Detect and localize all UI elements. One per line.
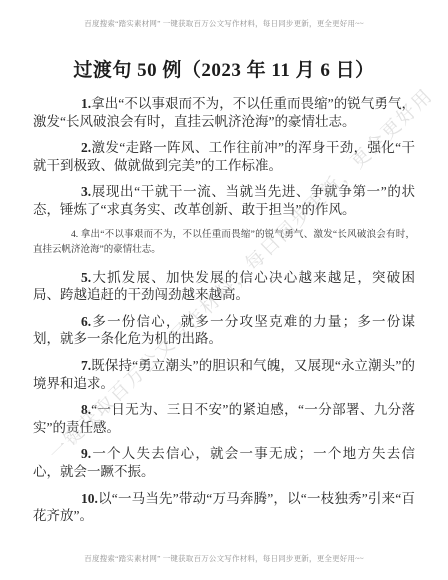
transition-item-8: 8.“一日无为、三日不安”的紧迫感，“一分部署、九分落实”的责任感。 <box>33 401 415 436</box>
item-text: “一日无为、三日不安”的紧迫感，“一分部署、九分落实”的责任感。 <box>33 402 415 435</box>
document-title: 过渡句 50 例（2023 年 11 月 6 日） <box>33 55 415 82</box>
transition-item-9: 9.一个人失去信心，就会一事无成；一个地方失去信心，就会一蹶不振。 <box>33 445 415 480</box>
item-text: 激发“走路一阵风、工作往前冲”的浑身干劲，强化“干就干到极致、做就做到完美”的工… <box>33 140 415 173</box>
item-number: 3. <box>81 184 91 199</box>
transition-item-4: 4. 拿出“不以事艰而不为，不以任重而畏缩”的锐气勇气、激发“长风破浪会有时，直… <box>33 228 415 259</box>
promo-header: 百度搜索“踏实素材网” 一键获取百万公文写作材料，每日同步更新，更全更好用~~ <box>33 18 415 29</box>
promo-footer: 百度搜索“踏实素材网” 一键获取百万公文写作材料，每日同步更新，更全更好用~~ <box>0 553 448 564</box>
transition-item-1: 1.拿出“不以事艰而不为，不以任重而畏缩”的锐气勇气，激发“长风破浪会有时，直挂… <box>33 95 415 130</box>
item-text: 多一份信心，就多一分攻坚克难的力量；多一份谋划，就多一条化危为机的出路。 <box>33 314 415 347</box>
item-text: 既保持“勇立潮头”的胆识和气魄，又展现“永立潮头”的境界和追求。 <box>33 358 415 391</box>
item-number: 8. <box>81 402 91 417</box>
transition-item-2: 2.激发“走路一阵风、工作往前冲”的浑身干劲，强化“干就干到极致、做就做到完美”… <box>33 139 415 174</box>
item-number: 7. <box>81 358 91 373</box>
item-text: 拿出“不以事艰而不为，不以任重而畏缩”的锐气勇气、激发“长风破浪会有时，直挂云帆… <box>33 230 415 256</box>
transition-item-5: 5.大抓发展、加快发展的信心决心越来越足，突破困局、跨越追赶的干劲闯劲越来越高。 <box>33 269 415 304</box>
transition-item-6: 6.多一份信心，就多一分攻坚克难的力量；多一份谋划，就多一条化危为机的出路。 <box>33 313 415 348</box>
document-page: 一键获取百万公文写作材料，每日同步更新，更全更好用 百度搜索“踏实素材网” 一键… <box>0 0 448 580</box>
item-number: 5. <box>81 270 91 285</box>
item-text: 展现出“干就干一流、当就当先进、争就争第一”的状态，锤炼了“求真务实、改革创新、… <box>33 184 415 217</box>
transition-item-7: 7.既保持“勇立潮头”的胆识和气魄，又展现“永立潮头”的境界和追求。 <box>33 357 415 392</box>
item-number: 9. <box>81 446 91 461</box>
item-number: 6. <box>81 314 91 329</box>
item-text: 一个人失去信心，就会一事无成；一个地方失去信心，就会一蹶不振。 <box>33 446 415 479</box>
item-number: 1. <box>81 96 91 111</box>
item-text: 大抓发展、加快发展的信心决心越来越足，突破困局、跨越追赶的干劲闯劲越来越高。 <box>33 270 415 303</box>
transition-item-3: 3.展现出“干就干一流、当就当先进、争就争第一”的状态，锤炼了“求真务实、改革创… <box>33 183 415 218</box>
transition-item-10: 10.以“一马当先”带动“万马奔腾”，以“一枝独秀”引来“百花齐放”。 <box>33 490 415 525</box>
item-text: 拿出“不以事艰而不为，不以任重而畏缩”的锐气勇气，激发“长风破浪会有时，直挂云帆… <box>33 96 415 129</box>
item-number: 10. <box>81 491 98 506</box>
item-number: 2. <box>81 140 91 155</box>
